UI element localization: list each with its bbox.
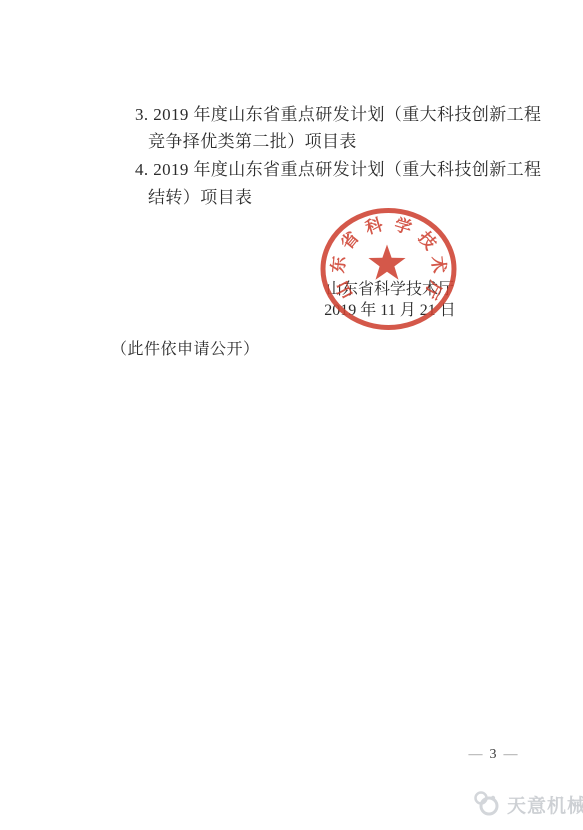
page-number: —3—	[453, 747, 533, 763]
svg-text:科: 科	[363, 214, 386, 238]
watermark-logo-icon	[472, 789, 502, 819]
page-number-right-dash: —	[497, 747, 525, 762]
watermark: 天意机械	[472, 789, 583, 819]
disclosure-note: （此件依申请公开）	[111, 336, 260, 359]
svg-text:技: 技	[414, 227, 441, 254]
list-item-3-line-1: 3. 2019 年度山东省重点研发计划（重大科技创新工程	[135, 106, 541, 123]
page-number-left-dash: —	[462, 747, 490, 762]
signature-agency: 山东省科学技术厅	[318, 276, 462, 299]
list-item-4-line-1: 4. 2019 年度山东省重点研发计划（重大科技创新工程	[135, 161, 541, 178]
list-item-4-line-2: 结转）项目表	[148, 189, 252, 206]
svg-text:省: 省	[336, 227, 362, 253]
svg-text:东: 东	[327, 255, 349, 274]
list-item-3-line-2: 竞争择优类第二批）项目表	[148, 133, 357, 150]
svg-text:学: 学	[392, 214, 414, 238]
seal-star-icon	[368, 245, 405, 280]
document-page: 3. 2019 年度山东省重点研发计划（重大科技创新工程 竞争择优类第二批）项目…	[0, 0, 583, 830]
watermark-text: 天意机械	[507, 791, 583, 818]
page-number-value: 3	[490, 747, 497, 762]
svg-text:术: 术	[428, 254, 450, 274]
signature-date: 2019 年 11 月 21 日	[313, 297, 467, 320]
